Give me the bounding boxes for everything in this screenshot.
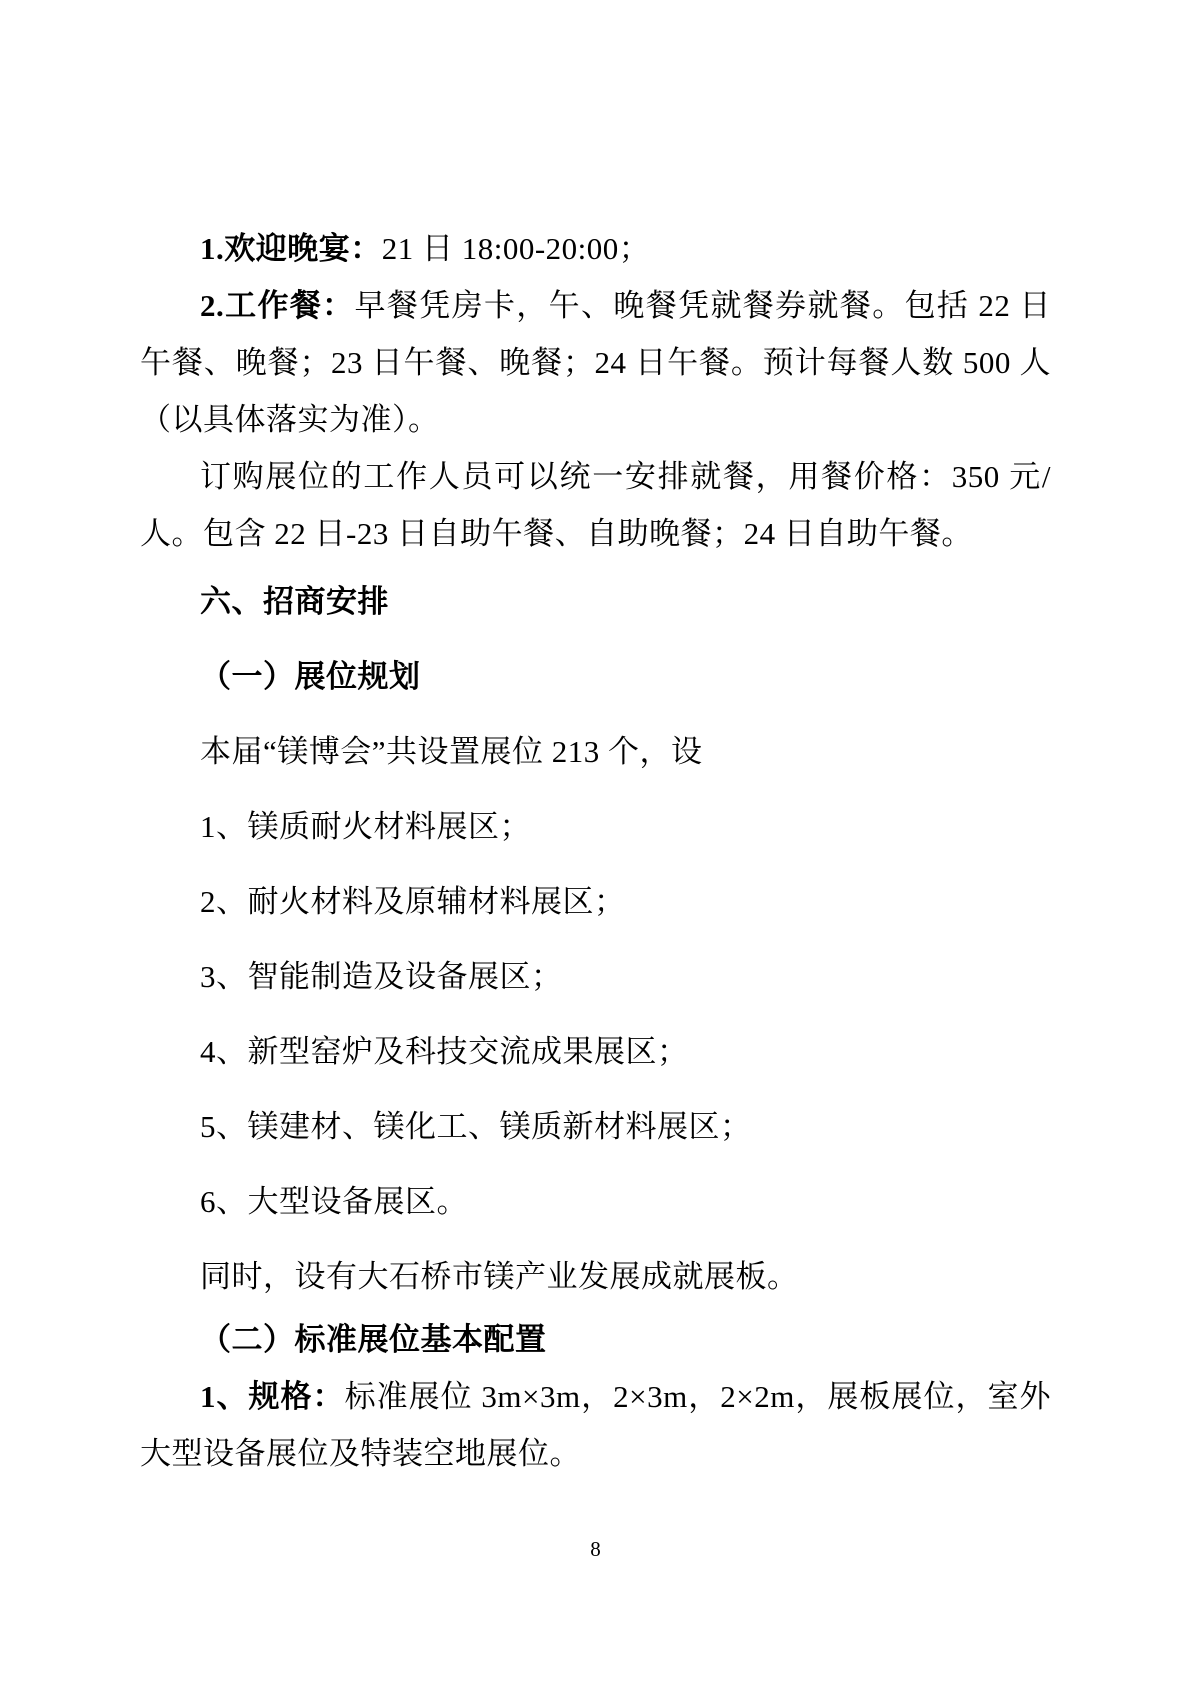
text-run: 订购展位的工作人员可以统一安排就餐，用餐价格：350 元/人。包含 22 日-2… — [140, 459, 1051, 551]
para-working-meals: 2.工作餐：早餐凭房卡，午、晚餐凭就餐券就餐。包括 22 日午餐、晚餐；23 日… — [140, 277, 1051, 448]
heading-section-six: 六、招商安排 — [140, 573, 1051, 630]
para-booth-specs: 1、规格：标准展位 3m×3m，2×3m，2×2m，展板展位，室外大型设备展位及… — [140, 1368, 1051, 1482]
page-footer: 8 — [0, 1536, 1191, 1562]
list-item-4: 4、新型窑炉及科技交流成果展区； — [140, 1023, 1051, 1080]
bold-text-run: （二）标准展位基本配置 — [200, 1322, 547, 1357]
para-booth-total: 本届“镁博会”共设置展位 213 个，设 — [140, 723, 1051, 780]
text-run: 4、新型窑炉及科技交流成果展区； — [200, 1034, 689, 1069]
para-welcome-banquet: 1.欢迎晚宴：21 日 18:00-20:00； — [140, 220, 1051, 277]
bold-text-run: 1、规格： — [200, 1379, 345, 1414]
text-run: 2、耐火材料及原辅材料展区； — [200, 884, 626, 919]
list-item-6: 6、大型设备展区。 — [140, 1173, 1051, 1230]
text-run: 1、镁质耐火材料展区； — [200, 809, 531, 844]
bold-text-run: （一）展位规划 — [200, 659, 421, 694]
heading-booth-planning: （一）展位规划 — [140, 648, 1051, 705]
list-item-1: 1、镁质耐火材料展区； — [140, 798, 1051, 855]
page-number: 8 — [590, 1537, 601, 1561]
heading-standard-booth: （二）标准展位基本配置 — [140, 1311, 1051, 1368]
document-page: 1.欢迎晚宴：21 日 18:00-20:00；2.工作餐：早餐凭房卡，午、晚餐… — [0, 0, 1191, 1683]
text-run: 3、智能制造及设备展区； — [200, 959, 563, 994]
list-item-3: 3、智能制造及设备展区； — [140, 948, 1051, 1005]
text-run: 5、镁建材、镁化工、镁质新材料展区； — [200, 1109, 752, 1144]
bold-text-run: 1.欢迎晚宴： — [200, 231, 382, 266]
text-run: 本届“镁博会”共设置展位 213 个，设 — [200, 734, 703, 769]
list-item-2: 2、耐火材料及原辅材料展区； — [140, 873, 1051, 930]
text-run: 6、大型设备展区。 — [200, 1184, 468, 1219]
text-run: 同时，设有大石桥市镁产业发展成就展板。 — [200, 1259, 799, 1294]
list-item-5: 5、镁建材、镁化工、镁质新材料展区； — [140, 1098, 1051, 1155]
bold-text-run: 六、招商安排 — [200, 584, 389, 619]
para-display-board: 同时，设有大石桥市镁产业发展成就展板。 — [140, 1248, 1051, 1305]
bold-text-run: 2.工作餐： — [200, 288, 355, 323]
document-body: 1.欢迎晚宴：21 日 18:00-20:00；2.工作餐：早餐凭房卡，午、晚餐… — [140, 220, 1051, 1482]
para-meal-price: 订购展位的工作人员可以统一安排就餐，用餐价格：350 元/人。包含 22 日-2… — [140, 448, 1051, 562]
text-run: 21 日 18:00-20:00； — [382, 231, 651, 266]
